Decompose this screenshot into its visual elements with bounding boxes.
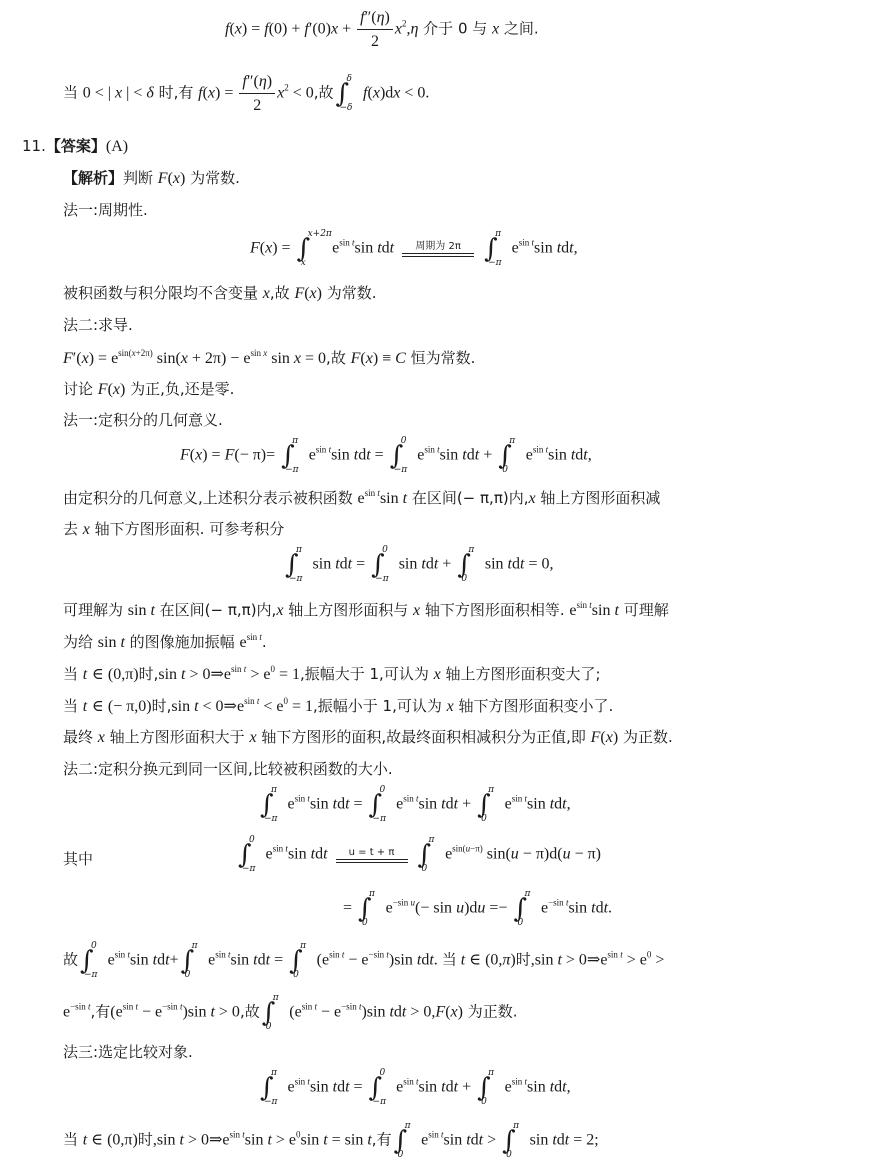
substitution-label: u = t + π	[336, 847, 408, 859]
analysis-tag: 【解析】	[63, 169, 123, 187]
text-line-10: 讨论 F(x) 为正,负,还是零.	[63, 380, 234, 399]
answer-tag: 【答案】	[46, 137, 106, 155]
formula-substitution-result: = ∫π0e−sin u(− sin u)du =− ∫π0e−sin tsin…	[343, 896, 612, 922]
formula-split-integral-3: ∫π−πesin tsin tdt = ∫0−πesin tsin tdt + …	[258, 1075, 571, 1101]
formula-taylor: f(x) = f(0) + f′(0)x + f″(η)2x2,η 介于 0 与…	[225, 8, 539, 51]
formula-combined: 故∫0−πesin tsin tdt+∫π0esin tsin tdt = ∫π…	[63, 948, 664, 974]
formula-periodicity: F(x) = ∫x+2πx esin tsin tdt 周期为 2π ∫π−πe…	[250, 236, 578, 262]
method-2-derivative: 法二:求导.	[63, 316, 133, 334]
formula-positive-conclusion: e−sin t,有(esin t − e−sin t)sin t > 0,故∫π…	[63, 1000, 518, 1026]
method-2-substitution: 法二:定积分换元到同一区间,比较被积函数的大小.	[63, 760, 393, 778]
question-number: 11.	[22, 137, 46, 155]
text-line-14: 去 x 轴下方图形面积. 可参考积分	[63, 520, 284, 539]
text-line-20: 最终 x 轴上方图形面积大于 x 轴下方图形的面积,故最终面积相减积分为正值,即…	[63, 728, 673, 747]
formula-comparison: 当 t ∈ (0,π)时,sin t > 0⇒esin tsin t > e0s…	[63, 1128, 599, 1154]
method-1-periodicity: 法一:周期性.	[63, 201, 148, 219]
text-line-7: 被积函数与积分限均不含变量 x,故 F(x) 为常数.	[63, 284, 377, 303]
formula-split-integral-2: ∫π−πesin tsin tdt = ∫0−πesin tsin tdt + …	[258, 792, 571, 818]
where-label: 其中	[63, 850, 93, 868]
formula-split-integral-1: F(x) = F(− π)= ∫π−πesin tsin tdt = ∫0−πe…	[180, 443, 592, 469]
text-line-19: 当 t ∈ (− π,0)时,sin t < 0⇒esin t < e0 = 1…	[63, 696, 613, 716]
analysis-heading: 【解析】判断 F(x) 为常数.	[63, 169, 240, 188]
formula-sin-integral: ∫π−πsin tdt = ∫0−πsin tdt + ∫π0sin tdt =…	[283, 552, 553, 578]
text-line-16: 可理解为 sin t 在区间(− π,π)内,x 轴上方图形面积与 x 轴下方图…	[63, 600, 669, 620]
method-3-comparison: 法三:选定比较对象.	[63, 1043, 193, 1061]
text-line-18: 当 t ∈ (0,π)时,sin t > 0⇒esin t > e0 = 1,振…	[63, 664, 601, 684]
formula-substitution: ∫0−πesin tsin tdt u = t + π ∫π0esin(u−π)…	[236, 842, 601, 868]
answer-line: 11.【答案】(A)	[22, 137, 128, 156]
text-line-17: 为给 sin t 的图像施加振幅 esin t.	[63, 632, 267, 652]
formula-derivative: F′(x) = esin(x+2π) sin(x + 2π) − esin x …	[63, 348, 475, 368]
period-label: 周期为 2π	[402, 241, 474, 253]
formula-conclusion-delta: 当 0 < | x | < δ 时,有 f(x) = f″(η)2x2 < 0,…	[63, 72, 429, 115]
method-1-geometric: 法一:定积分的几何意义.	[63, 411, 223, 429]
text-line-13: 由定积分的几何意义,上述积分表示被积函数 esin tsin t 在区间(− π…	[63, 488, 660, 508]
answer-value: (A)	[106, 138, 128, 155]
